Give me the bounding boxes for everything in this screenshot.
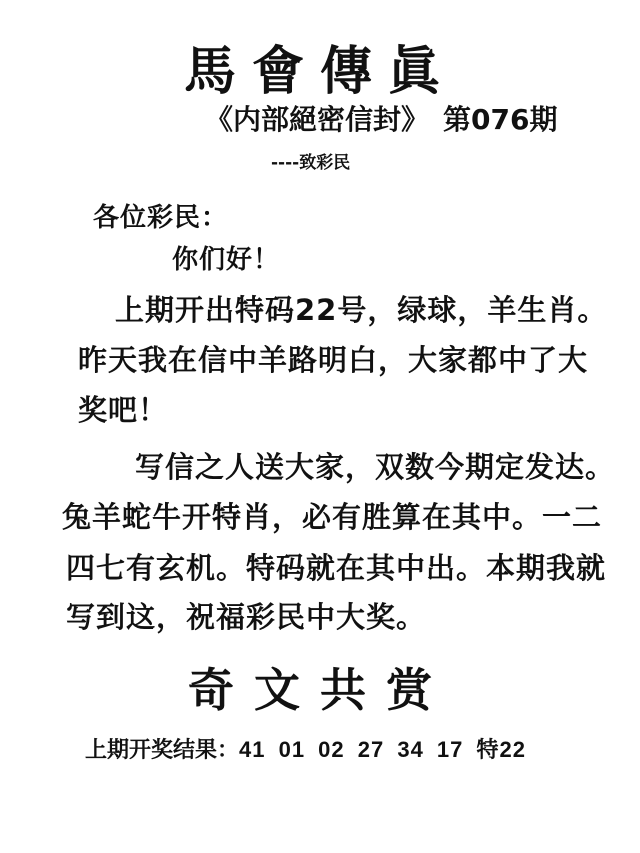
results-label: 上期开奖结果： bbox=[85, 738, 239, 763]
letter-line: 四七有玄机。特码就在其中出。本期我就 bbox=[66, 548, 606, 588]
letter-line: 上期开出特码22号，绿球，羊生肖。 bbox=[85, 290, 607, 330]
letter-line: 写信之人送大家，双数今期定发达。 bbox=[75, 447, 615, 487]
signature: ----致彩民 bbox=[271, 152, 350, 174]
issue-number: 第076期 bbox=[443, 103, 557, 136]
open-bracket: 《 bbox=[205, 103, 233, 136]
previous-results: 上期开奖结果：41 01 02 27 34 17 特22 bbox=[85, 733, 526, 768]
greeting: 你们好！ bbox=[172, 240, 280, 280]
salutation: 各位彩民： bbox=[93, 198, 228, 238]
letter-line: 奖吧！ bbox=[78, 390, 168, 430]
subtitle-row: 《内部絕密信封》第076期 bbox=[205, 100, 558, 140]
results-numbers: 41 01 02 27 34 17 特22 bbox=[239, 737, 526, 762]
closing-heading: 奇文共赏 bbox=[0, 660, 640, 720]
letter-line: 写到这，祝福彩民中大奖。 bbox=[66, 597, 426, 637]
close-bracket: 》 bbox=[401, 103, 429, 136]
page-title: 馬會傳眞 bbox=[0, 40, 640, 104]
letter-line: 兔羊蛇牛开特肖，必有胜算在其中。一二 bbox=[62, 497, 602, 537]
subtitle: 内部絕密信封 bbox=[233, 103, 401, 136]
letter-line: 昨天我在信中羊路明白，大家都中了大 bbox=[78, 340, 588, 380]
